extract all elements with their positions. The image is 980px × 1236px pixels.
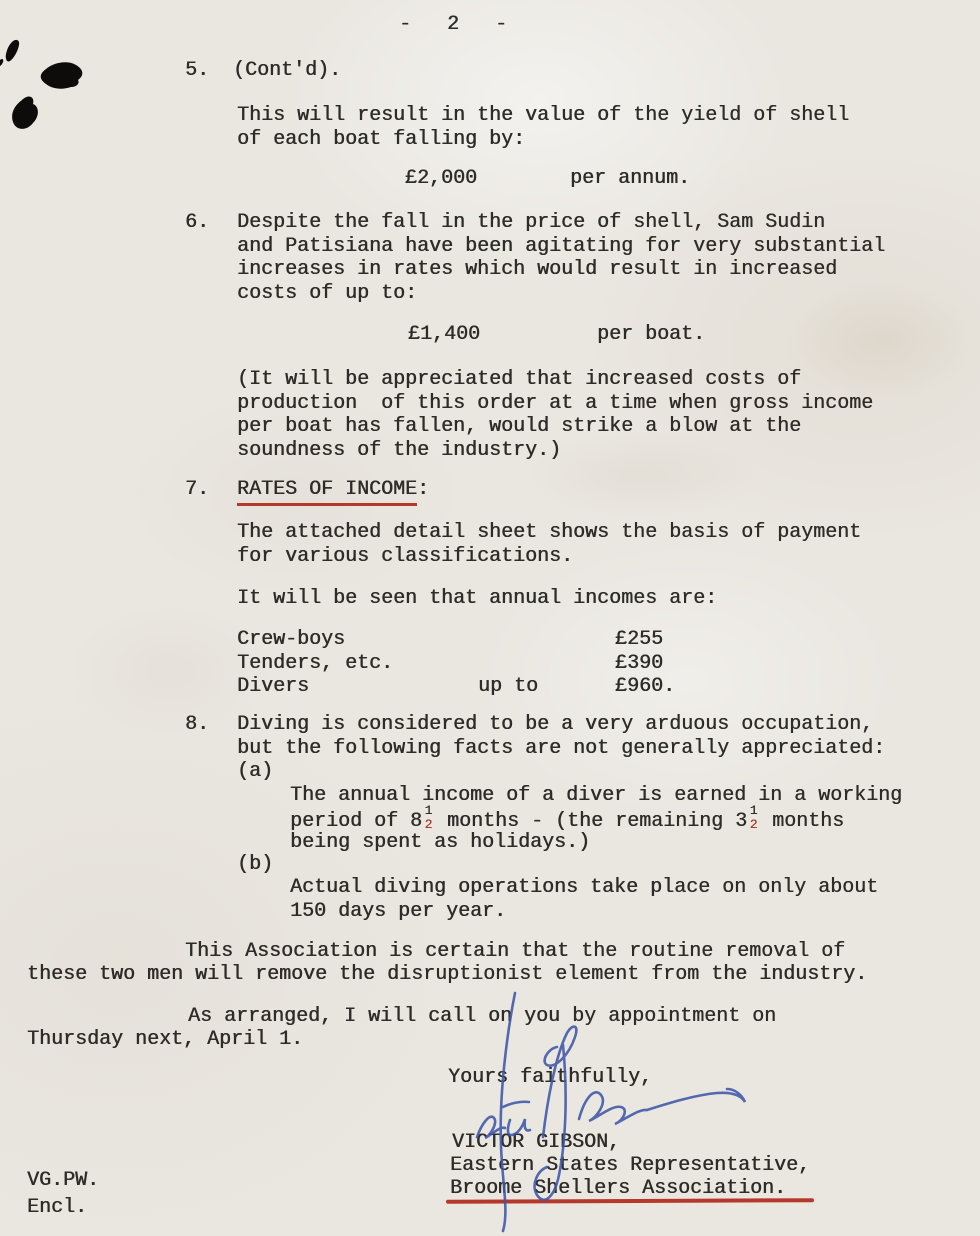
income-label: Divers bbox=[237, 675, 478, 699]
fraction-denominator: 2 bbox=[747, 818, 760, 831]
item-8a-line-2: period of 812 months - (the remaining 31… bbox=[290, 807, 844, 834]
fraction-numerator: 1 bbox=[422, 804, 435, 817]
item-5-paragraph: This will result in the value of the yie… bbox=[237, 104, 849, 151]
item-6-number: 6. bbox=[185, 211, 209, 235]
item-6-paragraph: Despite the fall in the price of shell, … bbox=[237, 211, 885, 305]
item-5-number: 5. bbox=[185, 59, 209, 83]
ink-blot-cluster bbox=[0, 30, 110, 145]
income-amount: £255 bbox=[615, 628, 663, 651]
text-segment: months - (the remaining 3 bbox=[435, 810, 747, 833]
item-8a-line-1: The annual income of a diver is earned i… bbox=[290, 784, 902, 808]
closing-paragraph-2-line-2: Thursday next, April 1. bbox=[27, 1028, 303, 1052]
item-7-heading-row: RATES OF INCOME: bbox=[237, 478, 429, 506]
page-number: - 2 - bbox=[399, 13, 519, 37]
income-amount: £960. bbox=[615, 675, 675, 698]
item-7-heading-colon: : bbox=[417, 478, 429, 501]
income-label: Crew-boys bbox=[237, 628, 478, 652]
text-segment: months bbox=[760, 810, 844, 833]
item-6-amount-unit: per boat. bbox=[597, 323, 705, 347]
reference-initials: VG.PW. bbox=[27, 1169, 99, 1193]
income-label: Tenders, etc. bbox=[237, 652, 478, 676]
item-5-amount-unit: per annum. bbox=[570, 167, 690, 191]
closing-paragraph-1-line-1: This Association is certain that the rou… bbox=[185, 940, 845, 964]
item-8a-line-3: being spent as holidays.) bbox=[290, 831, 590, 855]
item-5-amount: £2,000 bbox=[405, 167, 477, 191]
item-7-number: 7. bbox=[185, 478, 209, 502]
item-5-heading: (Cont'd). bbox=[233, 59, 341, 83]
item-7-heading: RATES OF INCOME bbox=[237, 478, 417, 506]
fraction-denominator: 2 bbox=[422, 818, 435, 831]
item-8b-paragraph: Actual diving operations take place on o… bbox=[290, 876, 878, 923]
document-page: - 2 - 5. (Cont'd). This will result in t… bbox=[0, 0, 980, 1236]
income-qualifier: up to bbox=[478, 675, 615, 699]
handwritten-signature bbox=[455, 985, 755, 1235]
fraction-numerator: 1 bbox=[747, 804, 760, 817]
item-7-paragraph-2: It will be seen that annual incomes are: bbox=[237, 587, 717, 611]
closing-paragraph-1-line-2: these two men will remove the disruption… bbox=[27, 963, 867, 987]
item-7-paragraph-1: The attached detail sheet shows the basi… bbox=[237, 521, 861, 568]
enclosure-notation: Encl. bbox=[27, 1196, 87, 1220]
income-amount: £390 bbox=[615, 652, 663, 675]
fraction-one-half: 12 bbox=[422, 807, 435, 833]
income-table-row: Crew-boys£255 bbox=[237, 628, 663, 652]
item-8-paragraph: Diving is considered to be a very arduou… bbox=[237, 713, 885, 760]
item-8b-label: (b) bbox=[237, 853, 273, 877]
item-6-note: (It will be appreciated that increased c… bbox=[237, 368, 873, 462]
text-segment: period of 8 bbox=[290, 810, 422, 833]
item-8a-label: (a) bbox=[237, 760, 273, 784]
income-table-row: Tenders, etc.£390 bbox=[237, 652, 663, 676]
income-table-row: Diversup to£960. bbox=[237, 675, 675, 699]
fraction-one-half: 12 bbox=[747, 807, 760, 833]
item-8-number: 8. bbox=[185, 713, 209, 737]
item-6-amount: £1,400 bbox=[408, 323, 480, 347]
